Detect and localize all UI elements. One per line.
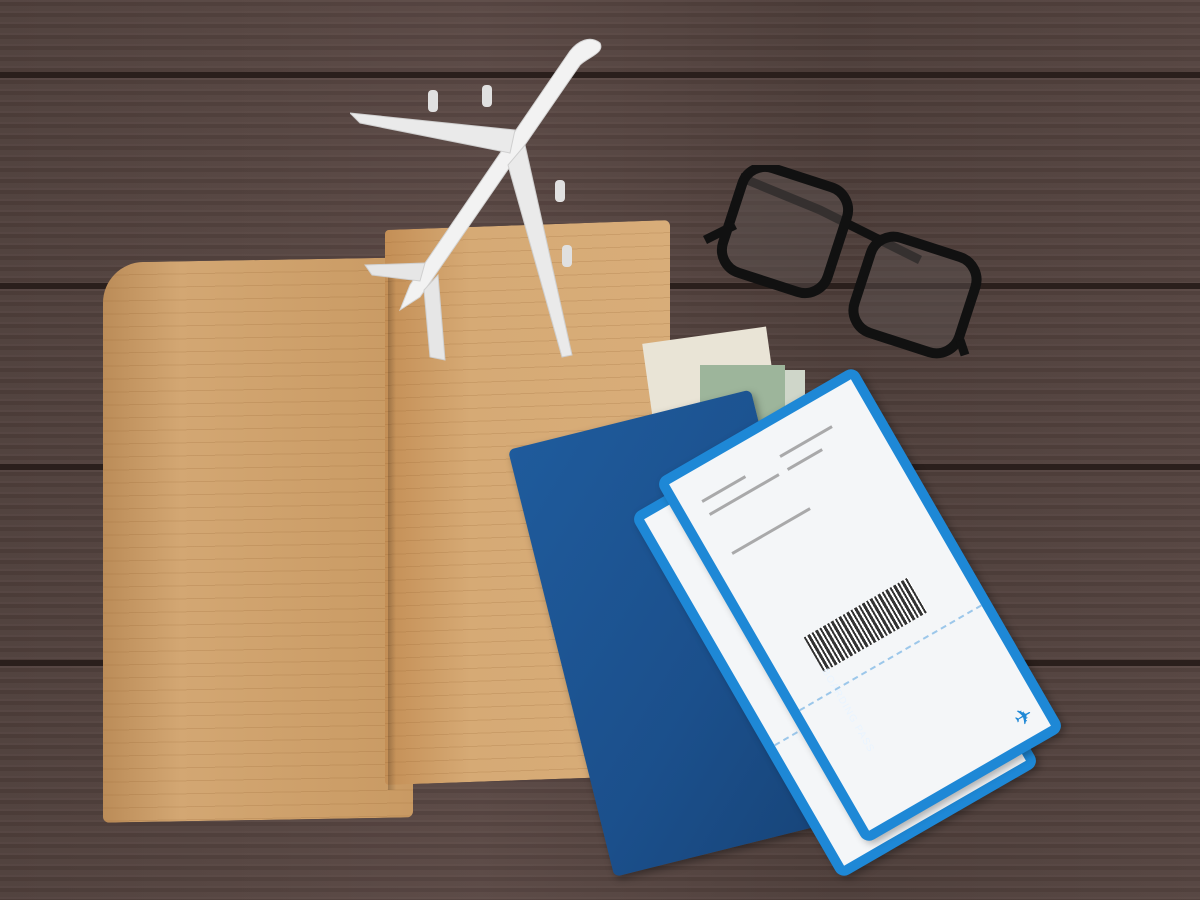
airplane-icon: ✈ xyxy=(1009,701,1038,733)
toy-airplane xyxy=(350,35,610,365)
barcode xyxy=(804,578,928,673)
